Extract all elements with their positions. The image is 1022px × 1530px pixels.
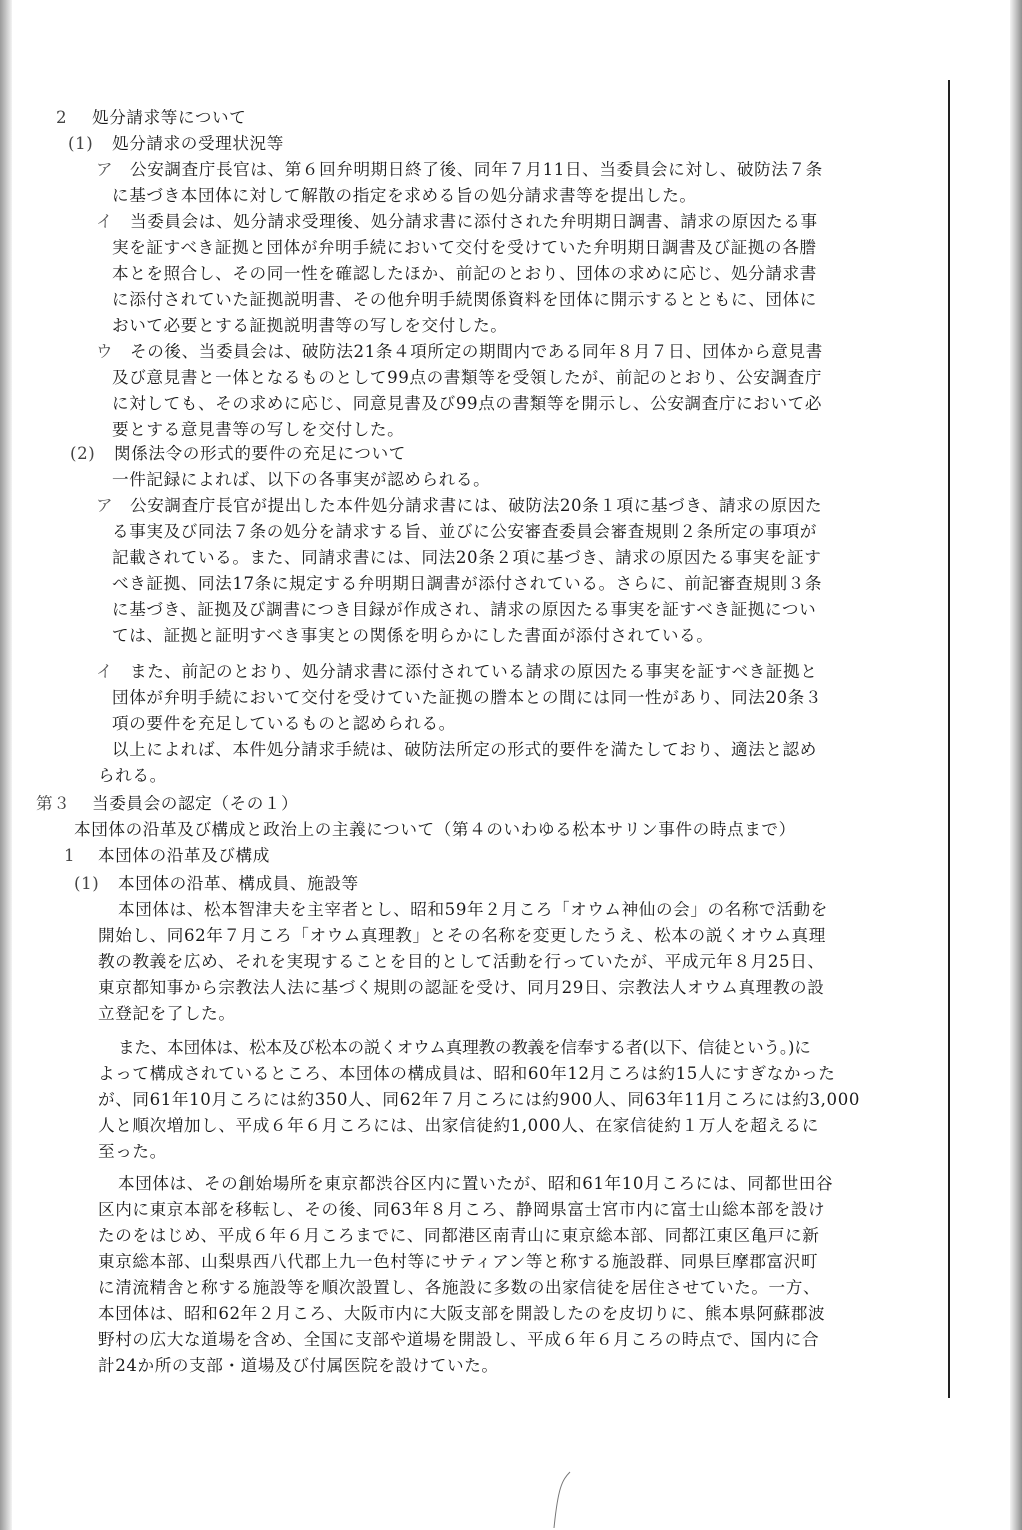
paragraph-line: 公安調査庁長官は、第６回弁明期日終了後、同年７月11日、当委員会に対し、破防法７… [130, 158, 823, 182]
paragraph-line: 立登記を了した。 [98, 1002, 236, 1026]
section-number: 2 [56, 106, 67, 130]
paragraph-line: 開始し、同62年７月ころ「オウム真理教」とその名称を変更したうえ、松本の説くオウ… [98, 924, 826, 948]
paragraph-line: 東京総本部、山梨県西八代郡上九一色村等にサティアン等と称する施設群、同県巨摩郡富… [98, 1250, 818, 1274]
paragraph-line: べき証拠、同法17条に規定する弁明期日調書が添付されている。さらに、前記審査規則… [112, 572, 822, 596]
paragraph-line: 区内に東京本部を移転し、その後、同63年８月ころ、静岡県富士宮市内に富士山総本部… [98, 1198, 825, 1222]
subsection-number: (1) [68, 132, 93, 156]
paragraph-line: 実を証すべき証拠と団体が弁明手続において交付を受けていた弁明期日調書及び証拠の各… [112, 236, 817, 260]
paragraph-line: 本団体は、松本智津夫を主宰者とし、昭和59年２月ころ「オウム神仙の会」の名称で活… [118, 898, 828, 922]
section-subtitle: 本団体の沿革及び構成と政治上の主義について（第４のいわゆる松本サリン事件の時点ま… [74, 818, 796, 842]
paragraph-line: また、本団体は、松本及び松本の説くオウム真理教の教義を信奉する者(以下、信徒とい… [118, 1036, 811, 1060]
paragraph-line: 以上によれば、本件処分請求手続は、破防法所定の形式的要件を満たしており、適法と認… [112, 738, 817, 762]
section-heading: 当委員会の認定（その１） [92, 792, 298, 816]
paragraph-line: 東京都知事から宗教法人法に基づく規則の認証を受け、同月29日、宗教法人オウム真理… [98, 976, 824, 1000]
paragraph-line: られる。 [98, 764, 167, 788]
paragraph-line: ては、証拠と証明すべき事実との関係を明らかにした書面が添付されている。 [112, 624, 713, 648]
item-marker: ア [96, 494, 113, 518]
paragraph-line: 一件記録によれば、以下の各事実が認められる。 [112, 468, 490, 492]
section-number: 第３ [36, 792, 70, 816]
paragraph-line: 公安調査庁長官が提出した本件処分請求書には、破防法20条１項に基づき、請求の原因… [130, 494, 822, 518]
stray-pen-mark [540, 1470, 580, 1530]
paragraph-line: 本団体は、昭和62年２月ころ、大阪市内に大阪支部を開設したのを皮切りに、熊本県阿… [98, 1302, 825, 1326]
paragraph-line: 本とを照合し、その同一性を確認したほか、前記のとおり、団体の求めに応じ、処分請求… [112, 262, 817, 286]
paragraph-line: 及び意見書と一体となるものとして99点の書類等を受領したが、前記のとおり、公安調… [112, 366, 822, 390]
item-marker: ウ [96, 340, 113, 364]
paragraph-line: おいて必要とする証拠説明書等の写しを交付した。 [112, 314, 507, 338]
item-marker: イ [96, 210, 113, 234]
paragraph-line: 団体が弁明手続において交付を受けていた証拠の謄本との間には同一性があり、同法20… [112, 686, 822, 710]
paragraph-line: よって構成されているところ、本団体の構成員は、昭和60年12月ころは約15人にす… [98, 1062, 836, 1086]
paragraph-line: が、同61年10月ころには約350人、同62年７月ころには約900人、同63年1… [98, 1088, 860, 1112]
item-marker: ア [96, 158, 113, 182]
paragraph-line: その後、当委員会は、破防法21条４項所定の期間内である同年８月７日、団体から意見… [130, 340, 823, 364]
paragraph-line: に清流精舎と称する施設等を順次設置し、各施設に多数の出家信徒を居住させていた。一… [98, 1276, 820, 1300]
paragraph-line: 項の要件を充足しているものと認められる。 [112, 712, 456, 736]
scan-edge-shadow-left [0, 0, 12, 1530]
paragraph-line: 記載されている。また、同請求書には、同法20条２項に基づき、請求の原因たる事実を… [112, 546, 821, 570]
paragraph-line: に基づき、証拠及び調書につき目録が作成され、請求の原因たる事実を証すべき証拠につ… [112, 598, 816, 622]
scan-edge-shadow-right [1010, 0, 1022, 1530]
paragraph-line: 本団体は、その創始場所を東京都渋谷区内に置いたが、昭和61年10月ころには、同都… [118, 1172, 833, 1196]
subsection-number: (1) [74, 872, 99, 896]
paragraph-line: 至った。 [98, 1140, 167, 1164]
part-number: 1 [64, 844, 75, 868]
paragraph-line: たのをはじめ、平成６年６月ころまでに、同都港区南青山に東京総本部、同都江東区亀戸… [98, 1224, 819, 1248]
paragraph-line: 教の教義を広め、それを実現することを目的として活動を行っていたが、平成元年８月2… [98, 950, 825, 974]
paragraph-line: る事実及び同法７条の処分を請求する旨、並びに公安審査委員会審査規則２条所定の事項… [112, 520, 817, 544]
right-margin-rule [948, 80, 950, 1398]
subsection-heading: 本団体の沿革、構成員、施設等 [118, 872, 359, 896]
subsection-heading: 処分請求の受理状況等 [112, 132, 284, 156]
paragraph-line: 要とする意見書等の写しを交付した。 [112, 418, 404, 442]
subsection-heading: 関係法令の形式的要件の充足について [114, 442, 406, 466]
part-heading: 本団体の沿革及び構成 [98, 844, 270, 868]
paragraph-line: に基づき本団体に対して解散の指定を求める旨の処分請求書等を提出した。 [112, 184, 697, 208]
paragraph-line: また、前記のとおり、処分請求書に添付されている請求の原因たる事実を証すべき証拠と [130, 660, 817, 684]
paragraph-line: 人と順次増加し、平成６年６月ころには、出家信徒約1,000人、在家信徒約１万人を… [98, 1114, 819, 1138]
paragraph-line: 当委員会は、処分請求受理後、処分請求書に添付された弁明期日調書、請求の原因たる事 [130, 210, 818, 234]
paragraph-line: 計24か所の支部・道場及び付属医院を設けていた。 [98, 1354, 499, 1378]
item-marker: イ [96, 660, 113, 684]
paragraph-line: に対しても、その求めに応じ、同意見書及び99点の書類等を開示し、公安調査庁におい… [112, 392, 822, 416]
paragraph-line: に添付されていた証拠説明書、その他弁明手続関係資料を団体に開示するとともに、団体… [112, 288, 817, 312]
subsection-number: (2) [70, 442, 95, 466]
section-heading: 処分請求等について [92, 106, 246, 130]
paragraph-line: 野村の広大な道場を含め、全国に支部や道場を開設し、平成６年６月ころの時点で、国内… [98, 1328, 819, 1352]
